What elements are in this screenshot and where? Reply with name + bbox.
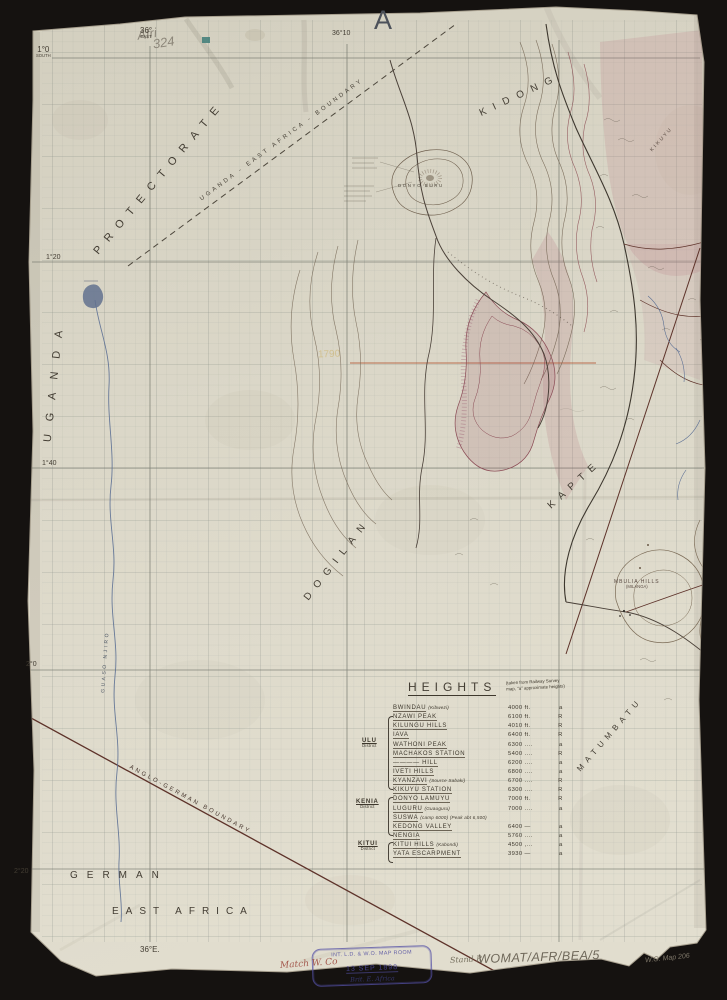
row-mark: R <box>554 778 563 784</box>
heights-row: SUSWA(camp 6000) (Peak abt 6,500) <box>393 815 563 824</box>
row-name: KEDONG VALLEY <box>393 824 452 831</box>
heights-row: KIKUYU STATION6300 ....R <box>393 787 563 796</box>
row-mark: R <box>554 796 563 802</box>
heights-row: KEDONG VALLEY6400 —a <box>393 824 563 833</box>
feature-donyo-buru: DONYO BURU <box>398 184 444 189</box>
heights-row: DONYO LAMUYU7000 ft.R <box>393 796 563 805</box>
row-value: 4000 ft. <box>508 705 554 711</box>
row-name: KYANZAVI <box>393 778 427 785</box>
row-detail: (camp 6000) (Peak abt 6,500) <box>420 815 487 820</box>
row-value: 4010 ft. <box>508 723 554 729</box>
row-value: 6300 .... <box>508 742 554 748</box>
mbulia-line2: (MILANGA) <box>614 585 660 589</box>
latitude-1-20-label: 1°20 <box>46 254 60 261</box>
row-value: 5760 .... <box>508 833 554 839</box>
row-detail: (Kabondi) <box>436 842 458 847</box>
heights-row: WATHONI PEAK6300 ....a <box>393 742 563 751</box>
photographed-map-sheet: A Afri 324 36° EAST 36°10 1°0 SOUTH 1°20… <box>0 0 727 1000</box>
heights-row: NZAWI PEAK6100 ft.R <box>393 714 563 723</box>
row-mark: a <box>554 842 563 848</box>
teal-mark <box>202 37 210 43</box>
ulu-district-brace <box>388 716 393 790</box>
row-mark: R <box>554 751 563 757</box>
heights-row: BWINDAU(Kibwezi)4000 ft.a <box>393 705 563 714</box>
row-name: DONYO LAMUYU <box>393 796 450 803</box>
district-kenia: KENIA District <box>356 799 379 809</box>
feature-mbulia-hills: MBULIA HILLS (MILANGA) <box>614 580 660 590</box>
row-name: WATHONI PEAK <box>393 742 447 749</box>
row-name: IVETI HILLS <box>393 769 434 776</box>
row-name: YATA ESCARPMENT <box>393 851 461 858</box>
stamp-date: 13 SEP 1898 <box>346 964 398 974</box>
row-mark: R <box>554 787 563 793</box>
row-mark: a <box>554 742 563 748</box>
heights-row: KITUI HILLS(Kabondi)4500 ,...a <box>393 842 563 851</box>
row-mark: a <box>554 824 563 830</box>
row-name: KITUI HILLS <box>393 842 434 849</box>
row-mark: a <box>554 760 563 766</box>
row-mark: a <box>554 769 563 775</box>
row-value: 7000 ft. <box>508 796 554 802</box>
latitude-1-40-label: 1°40 <box>42 460 56 467</box>
row-name: BWINDAU <box>393 705 426 712</box>
heights-row: KYANZAVI(Source Sabaki)6700 ....R <box>393 778 563 787</box>
row-name: MACHAKOS STATION <box>393 751 465 758</box>
row-value: 5400 .... <box>508 751 554 757</box>
row-name: NENGIA <box>393 833 420 840</box>
faint-folio-number: 1790 <box>318 350 341 361</box>
heights-row: ———— HILL6200 ....a <box>393 760 563 769</box>
row-detail: (Guauguru) <box>425 806 451 811</box>
district-sub: District <box>358 847 378 851</box>
district-kitui: KITUI District <box>358 841 378 851</box>
longitude-36-label: 36° EAST <box>140 27 152 40</box>
latitude-2-0-label: 2°0 <box>26 661 37 668</box>
heights-row: LUGURU(Guauguru)7000 ....a <box>393 806 563 815</box>
kenia-district-brace <box>388 797 393 836</box>
heights-row: MACHAKOS STATION5400 ....R <box>393 751 563 760</box>
row-mark: R <box>554 723 563 729</box>
heights-row: YATA ESCARPMENT3930 —a <box>393 851 563 860</box>
heights-row: IVETI HILLS6800 ....a <box>393 769 563 778</box>
row-detail: (Kibwezi) <box>428 705 449 710</box>
row-name: LUGURU <box>393 806 423 813</box>
heights-title: HEIGHTS <box>408 680 496 696</box>
row-mark: a <box>554 833 563 839</box>
row-name: SUSWA <box>393 815 418 822</box>
row-name: KIKUYU STATION <box>393 787 452 794</box>
pencil-note-line2: 324 <box>152 34 176 51</box>
row-mark: R <box>554 714 563 720</box>
heights-row: NENGIA5760 ....a <box>393 833 563 842</box>
row-mark: R <box>554 732 563 738</box>
row-value: 6100 ft. <box>508 714 554 720</box>
row-mark: a <box>554 851 563 857</box>
territory-german-east-africa: EAST AFRICA <box>112 907 254 918</box>
row-value: 7000 .... <box>508 806 554 812</box>
kitui-district-brace <box>388 842 393 863</box>
territory-german: GERMAN <box>70 871 168 882</box>
row-value: 6400 ft. <box>508 732 554 738</box>
row-name: NZAWI PEAK <box>393 714 437 721</box>
row-value: 6300 .... <box>508 787 554 793</box>
latitude-2-20-label: 2°20 <box>14 868 28 875</box>
latitude-1-0-label: 1°0 SOUTH <box>36 46 51 59</box>
heights-title-block: HEIGHTS <box>408 679 496 696</box>
row-mark: a <box>554 705 563 711</box>
longitude-36-10-label: 36°10 <box>332 30 350 37</box>
row-value: 4500 ,... <box>508 842 554 848</box>
longitude-36-bottom-label: 36°E. <box>140 946 160 954</box>
heights-row: IAVA6400 ft.R <box>393 732 563 741</box>
lon-36-east: EAST <box>140 35 152 40</box>
row-name: IAVA <box>393 732 409 739</box>
row-detail: (Source Sabaki) <box>429 778 465 783</box>
row-value: 6200 .... <box>508 760 554 766</box>
row-name: ———— HILL <box>393 760 438 767</box>
district-ulu: ULU District <box>362 738 377 748</box>
row-value: 3930 — <box>508 851 554 857</box>
row-value: 6800 .... <box>508 769 554 775</box>
sheet-letter: A <box>374 6 392 34</box>
heights-row: KILUNGU HILLS4010 ft.R <box>393 723 563 732</box>
row-name: KILUNGU HILLS <box>393 723 447 730</box>
row-mark: a <box>554 806 563 812</box>
heights-table: BWINDAU(Kibwezi)4000 ft.a NZAWI PEAK6100… <box>393 705 563 860</box>
lat-south: SOUTH <box>36 54 51 58</box>
district-sub: District <box>362 744 377 748</box>
row-value: 6700 .... <box>508 778 554 784</box>
district-sub: District <box>356 805 379 809</box>
row-value: 6400 — <box>508 824 554 830</box>
